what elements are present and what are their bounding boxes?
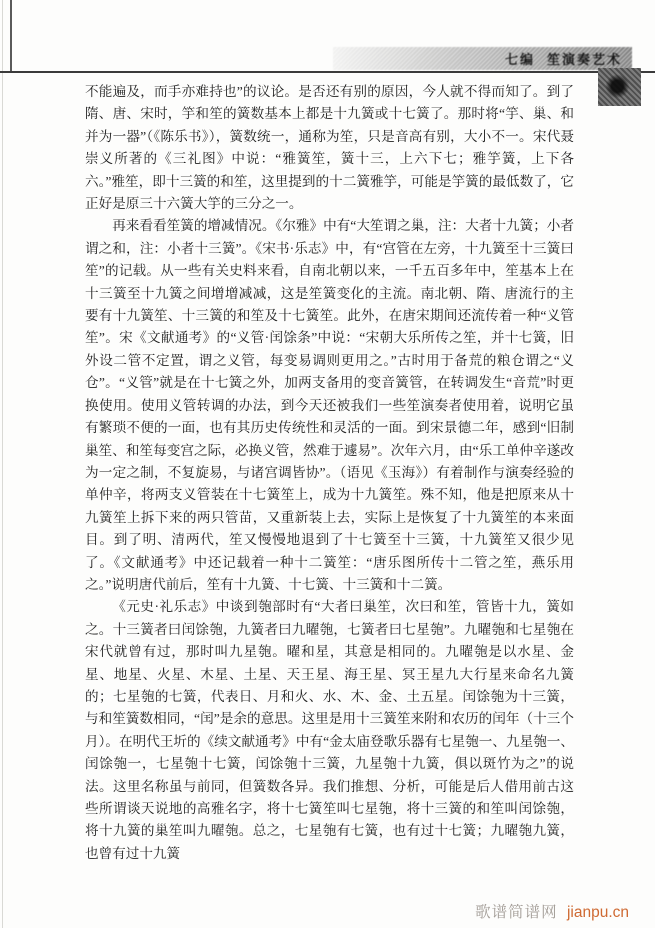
paragraph: 不能遍及，而手亦难持也”的议论。是否还有别的原因，今人就不得而知了。到了隋、唐、… — [85, 81, 574, 215]
crop-mark-line — [10, 0, 12, 72]
page-edge-shadow — [2, 0, 3, 928]
paragraph: 《元史·礼乐志》中谈到匏部时有“大者曰巢笙，次曰和笙，管皆十九，簧如之。十三簧者… — [85, 596, 574, 865]
header-rule — [0, 71, 655, 73]
chapter-label: 七编 — [505, 49, 535, 68]
chapter-header-bar: 七编 笙演奏艺术 — [333, 47, 632, 70]
page-number-badge — [598, 68, 641, 106]
chapter-title: 笙演奏艺术 — [547, 49, 622, 68]
paragraph: 再来看看笙簧的增减情况。《尔雅》中有“大笙谓之巢，注：大者十九簧；小者谓之和，注… — [85, 215, 574, 596]
body-text: 不能遍及，而手亦难持也”的议论。是否还有别的原因，今人就不得而知了。到了隋、唐、… — [85, 81, 574, 865]
watermark: 歌谱简谱网 jianpu.cn — [475, 900, 629, 922]
scanned-page: 七编 笙演奏艺术 不能遍及，而手亦难持也”的议论。是否还有别的原因，今人就不得而… — [0, 0, 655, 928]
watermark-site-url: jianpu.cn — [567, 904, 629, 921]
watermark-site-name: 歌谱简谱网 — [475, 904, 558, 921]
